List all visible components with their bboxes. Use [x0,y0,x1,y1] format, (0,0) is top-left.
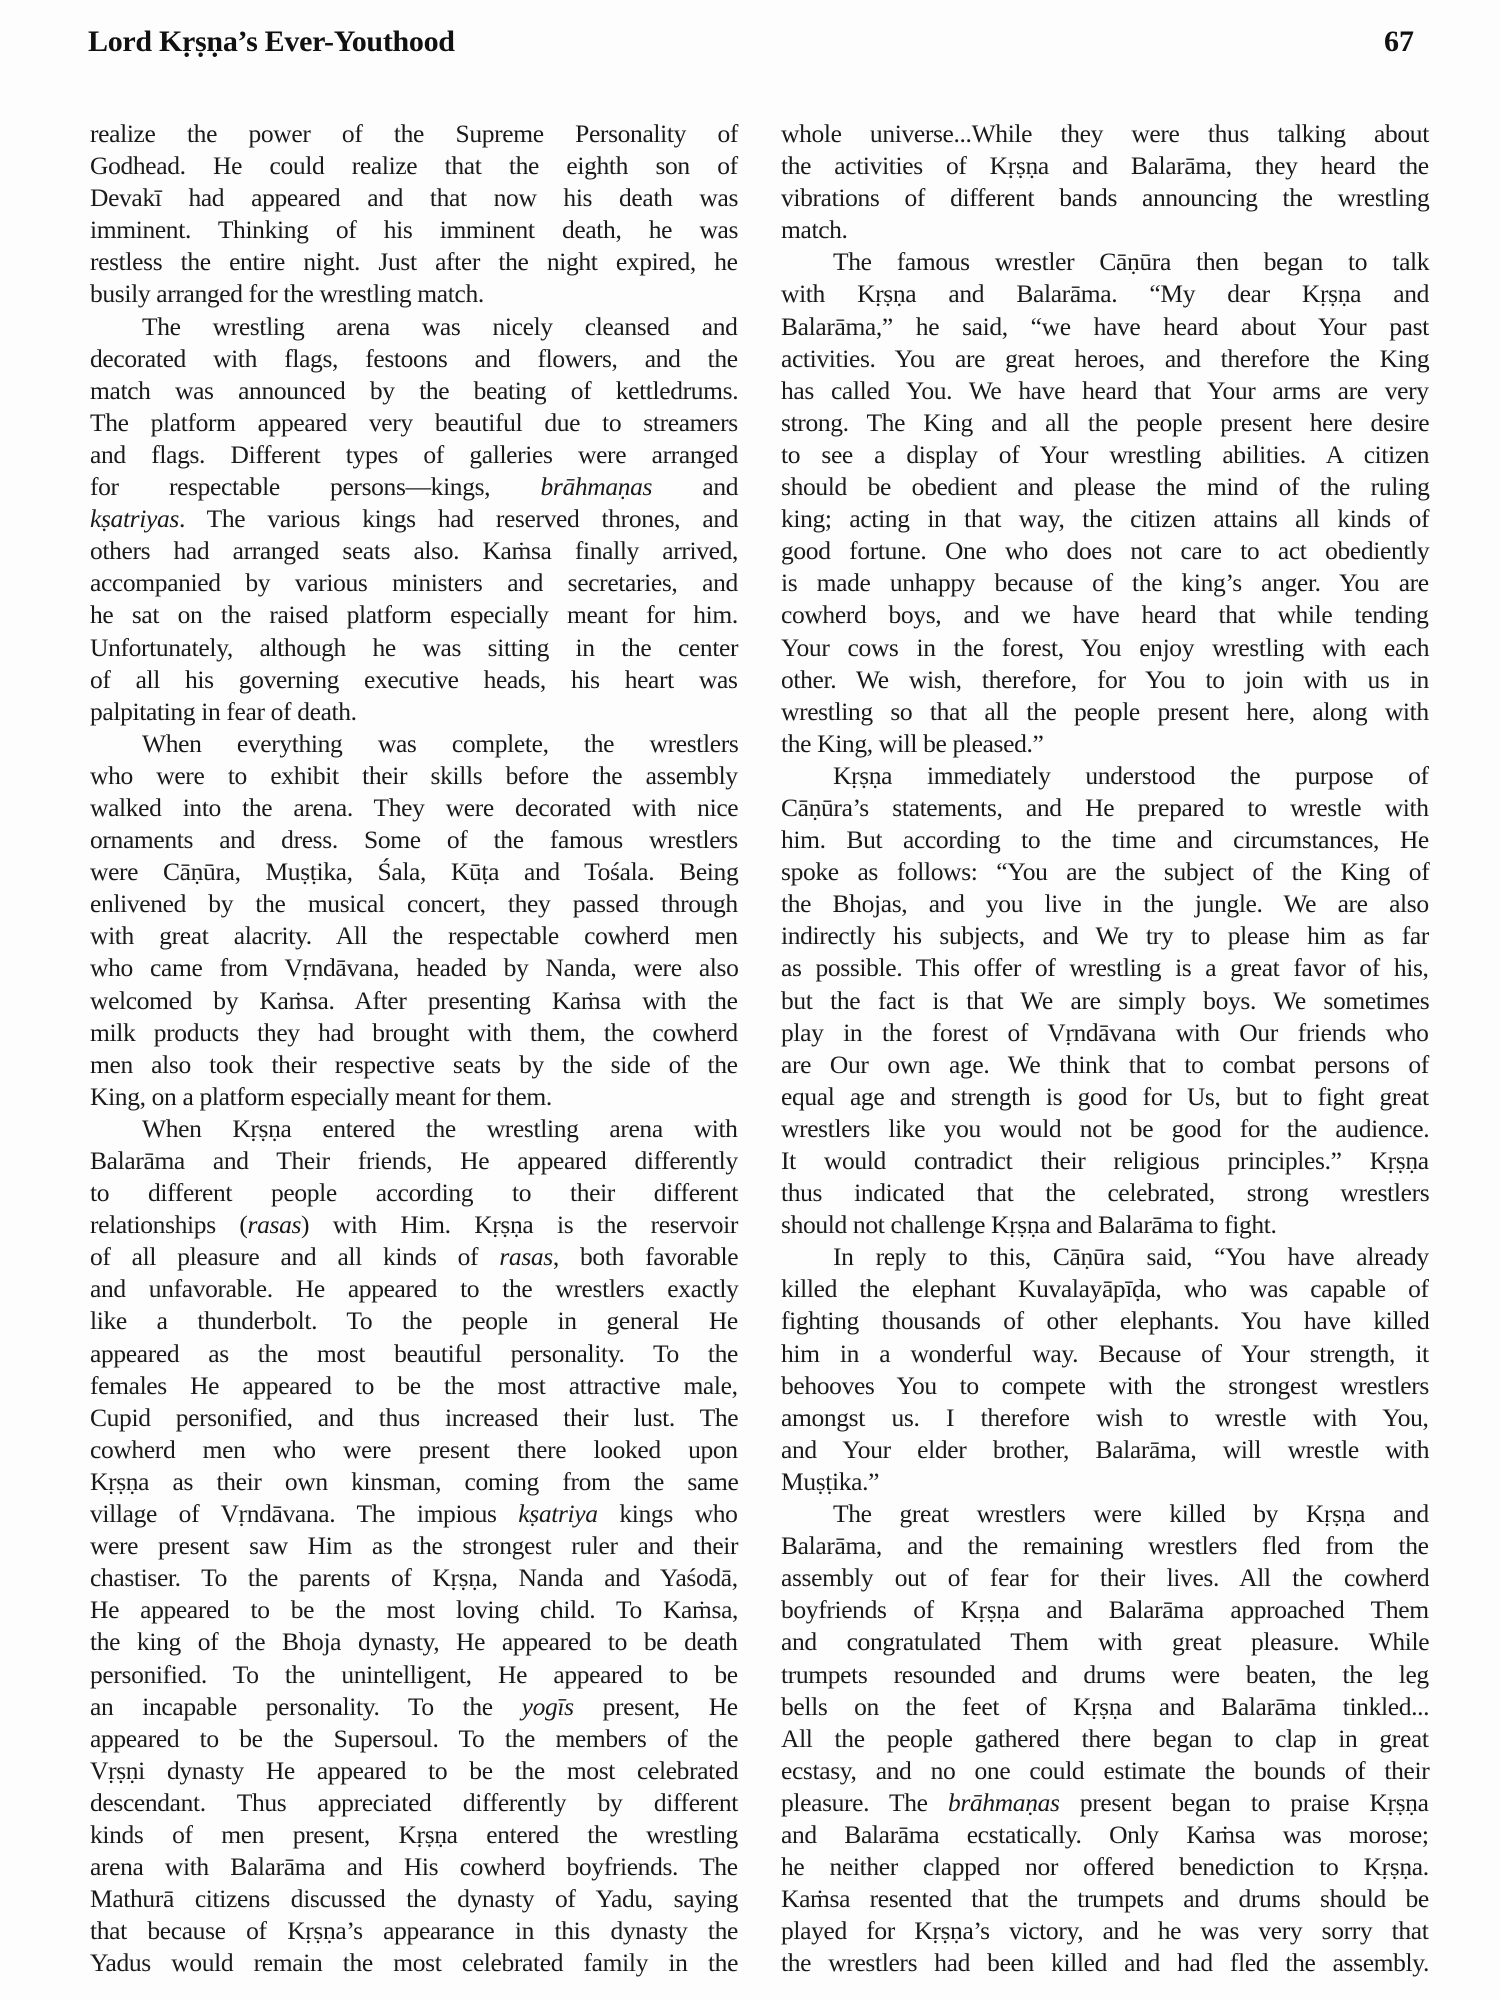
text-line: All the people gathered there began to c… [781,1723,1429,1755]
text-line: It would contradict their religious prin… [781,1145,1429,1177]
text-line: chastiser. To the parents of Kṛṣṇa, Nand… [90,1562,738,1594]
text-line: others had arranged seats also. Kaṁsa fi… [90,535,738,567]
text-line: welcomed by Kaṁsa. After presenting Kaṁs… [90,985,738,1017]
text-line: walked into the arena. They were decorat… [90,792,738,824]
text-line: milk products they had brought with them… [90,1017,738,1049]
page-number: 67 [1384,22,1414,62]
text-line: should not challenge Kṛṣṇa and Balarāma … [781,1209,1429,1241]
text-line: the wrestlers had been killed and had fl… [781,1947,1429,1979]
text-line: When Kṛṣṇa entered the wrestling arena w… [90,1113,738,1145]
text-line: Vṛṣṇi dynasty He appeared to be the most… [90,1755,738,1787]
text-line: kṣatriyas. The various kings had reserve… [90,503,738,535]
text-line: for respectable persons—kings, brāhmaṇas… [90,471,738,503]
text-line: of all pleasure and all kinds of rasas, … [90,1241,738,1273]
text-line: descendant. Thus appreciated differently… [90,1787,738,1819]
text-line: wrestling so that all the people present… [781,696,1429,728]
italic-term: brāhmaṇas [540,472,652,501]
text-line: cowherd boys, and we have heard that whi… [781,599,1429,631]
italic-term: kṣatriyas [90,504,179,533]
text-line: were Cāṇūra, Muṣṭika, Śala, Kūṭa and Toś… [90,856,738,888]
text-line: village of Vṛndāvana. The impious kṣatri… [90,1498,738,1530]
book-page: Lord Kṛṣṇa’s Ever-Youthood 67 realize th… [0,0,1500,2000]
text-line: thus indicated that the celebrated, stro… [781,1177,1429,1209]
text-line: arena with Balarāma and His cowherd boyf… [90,1851,738,1883]
text-line: equal age and strength is good for Us, b… [781,1081,1429,1113]
text-line: Your cows in the forest, You enjoy wrest… [781,632,1429,664]
text-line: should be obedient and please the mind o… [781,471,1429,503]
text-line: fighting thousands of other elephants. Y… [781,1305,1429,1337]
text-line: match. [781,214,1429,246]
text-line: kinds of men present, Kṛṣṇa entered the … [90,1819,738,1851]
text-line: cowherd men who were present there looke… [90,1434,738,1466]
text-line: Balarāma, and the remaining wrestlers fl… [781,1530,1429,1562]
text-line: him. But according to the time and circu… [781,824,1429,856]
text-line: as possible. This offer of wrestling is … [781,952,1429,984]
text-line: Kṛṣṇa immediately understood the purpose… [781,760,1429,792]
text-line: Yadus would remain the most celebrated f… [90,1947,738,1979]
text-line: personified. To the unintelligent, He ap… [90,1659,738,1691]
italic-term: kṣatriya [518,1499,597,1528]
text-line: indirectly his subjects, and We try to p… [781,920,1429,952]
text-line: match was announced by the beating of ke… [90,375,738,407]
text-line: restless the entire night. Just after th… [90,246,738,278]
text-line: appeared to be the Supersoul. To the mem… [90,1723,738,1755]
text-column-right: whole universe...While they were thus ta… [781,118,1429,1979]
text-line: The famous wrestler Cāṇūra then began to… [781,246,1429,278]
text-line: Mathurā citizens discussed the dynasty o… [90,1883,738,1915]
text-line: him in a wonderful way. Because of Your … [781,1338,1429,1370]
text-line: He appeared to be the most loving child.… [90,1594,738,1626]
text-line: and congratulated Them with great pleasu… [781,1626,1429,1658]
text-line: enlivened by the musical concert, they p… [90,888,738,920]
text-line: were present saw Him as the strongest ru… [90,1530,738,1562]
text-line: females He appeared to be the most attra… [90,1370,738,1402]
text-line: relationships (rasas) with Him. Kṛṣṇa is… [90,1209,738,1241]
text-line: behooves You to compete with the stronge… [781,1370,1429,1402]
text-line: whole universe...While they were thus ta… [781,118,1429,150]
text-line: has called You. We have heard that Your … [781,375,1429,407]
text-line: palpitating in fear of death. [90,696,738,728]
text-line: realize the power of the Supreme Persona… [90,118,738,150]
text-line: good fortune. One who does not care to a… [781,535,1429,567]
text-line: like a thunderbolt. To the people in gen… [90,1305,738,1337]
text-line: appeared as the most beautiful personali… [90,1338,738,1370]
text-line: The platform appeared very beautiful due… [90,407,738,439]
text-line: decorated with flags, festoons and flowe… [90,343,738,375]
text-line: who came from Vṛndāvana, headed by Nanda… [90,952,738,984]
text-line: Unfortunately, although he was sitting i… [90,632,738,664]
text-line: with Kṛṣṇa and Balarāma. “My dear Kṛṣṇa … [781,278,1429,310]
text-line: an incapable personality. To the yogīs p… [90,1691,738,1723]
text-line: other. We wish, therefore, for You to jo… [781,664,1429,696]
text-line: imminent. Thinking of his imminent death… [90,214,738,246]
text-line: When everything was complete, the wrestl… [90,728,738,760]
text-line: Godhead. He could realize that the eight… [90,150,738,182]
running-head-title: Lord Kṛṣṇa’s Ever-Youthood [88,22,455,62]
text-line: Cupid personified, and thus increased th… [90,1402,738,1434]
text-line: men also took their respective seats by … [90,1049,738,1081]
text-line: the king of the Bhoja dynasty, He appear… [90,1626,738,1658]
text-line: amongst us. I therefore wish to wrestle … [781,1402,1429,1434]
text-line: accompanied by various ministers and sec… [90,567,738,599]
text-line: and flags. Different types of galleries … [90,439,738,471]
text-line: Kaṁsa resented that the trumpets and dru… [781,1883,1429,1915]
text-line: but the fact is that We are simply boys.… [781,985,1429,1017]
text-line: In reply to this, Cāṇūra said, “You have… [781,1241,1429,1273]
text-line: is made unhappy because of the king’s an… [781,567,1429,599]
text-line: and unfavorable. He appeared to the wres… [90,1273,738,1305]
text-line: the Bhojas, and you live in the jungle. … [781,888,1429,920]
text-line: spoke as follows: “You are the subject o… [781,856,1429,888]
text-line: boyfriends of Kṛṣṇa and Balarāma approac… [781,1594,1429,1626]
text-line: pleasure. The brāhmaṇas present began to… [781,1787,1429,1819]
text-line: of all his governing executive heads, hi… [90,664,738,696]
text-line: who were to exhibit their skills before … [90,760,738,792]
text-line: with great alacrity. All the respectable… [90,920,738,952]
text-line: Cāṇūra’s statements, and He prepared to … [781,792,1429,824]
italic-term: brāhmaṇas [948,1788,1060,1817]
text-line: play in the forest of Vṛndāvana with Our… [781,1017,1429,1049]
italic-term: rasas [499,1242,553,1271]
text-line: the King, will be pleased.” [781,728,1429,760]
text-line: he neither clapped nor offered benedicti… [781,1851,1429,1883]
italic-term: yogīs [522,1692,574,1721]
text-line: activities. You are great heroes, and th… [781,343,1429,375]
text-line: and Your elder brother, Balarāma, will w… [781,1434,1429,1466]
text-line: king; acting in that way, the citizen at… [781,503,1429,535]
text-line: ornaments and dress. Some of the famous … [90,824,738,856]
text-line: the activities of Kṛṣṇa and Balarāma, th… [781,150,1429,182]
text-line: are Our own age. We think that to combat… [781,1049,1429,1081]
text-line: wrestlers like you would not be good for… [781,1113,1429,1145]
text-line: Balarāma and Their friends, He appeared … [90,1145,738,1177]
text-line: The wrestling arena was nicely cleansed … [90,311,738,343]
text-line: to different people according to their d… [90,1177,738,1209]
text-line: played for Kṛṣṇa’s victory, and he was v… [781,1915,1429,1947]
text-column-left: realize the power of the Supreme Persona… [90,118,738,1979]
text-line: The great wrestlers were killed by Kṛṣṇa… [781,1498,1429,1530]
text-line: strong. The King and all the people pres… [781,407,1429,439]
text-line: King, on a platform especially meant for… [90,1081,738,1113]
text-line: bells on the feet of Kṛṣṇa and Balarāma … [781,1691,1429,1723]
text-line: trumpets resounded and drums were beaten… [781,1659,1429,1691]
text-line: Kṛṣṇa as their own kinsman, coming from … [90,1466,738,1498]
text-line: busily arranged for the wrestling match. [90,278,738,310]
text-line: to see a display of Your wrestling abili… [781,439,1429,471]
text-line: assembly out of fear for their lives. Al… [781,1562,1429,1594]
text-line: Balarāma,” he said, “we have heard about… [781,311,1429,343]
text-line: Muṣṭika.” [781,1466,1429,1498]
italic-term: rasas [248,1210,302,1239]
text-line: vibrations of different bands announcing… [781,182,1429,214]
text-line: ecstasy, and no one could estimate the b… [781,1755,1429,1787]
text-line: and Balarāma ecstatically. Only Kaṁsa wa… [781,1819,1429,1851]
text-line: Devakī had appeared and that now his dea… [90,182,738,214]
text-line: that because of Kṛṣṇa’s appearance in th… [90,1915,738,1947]
text-line: killed the elephant Kuvalayāpīḍa, who wa… [781,1273,1429,1305]
text-line: he sat on the raised platform especially… [90,599,738,631]
